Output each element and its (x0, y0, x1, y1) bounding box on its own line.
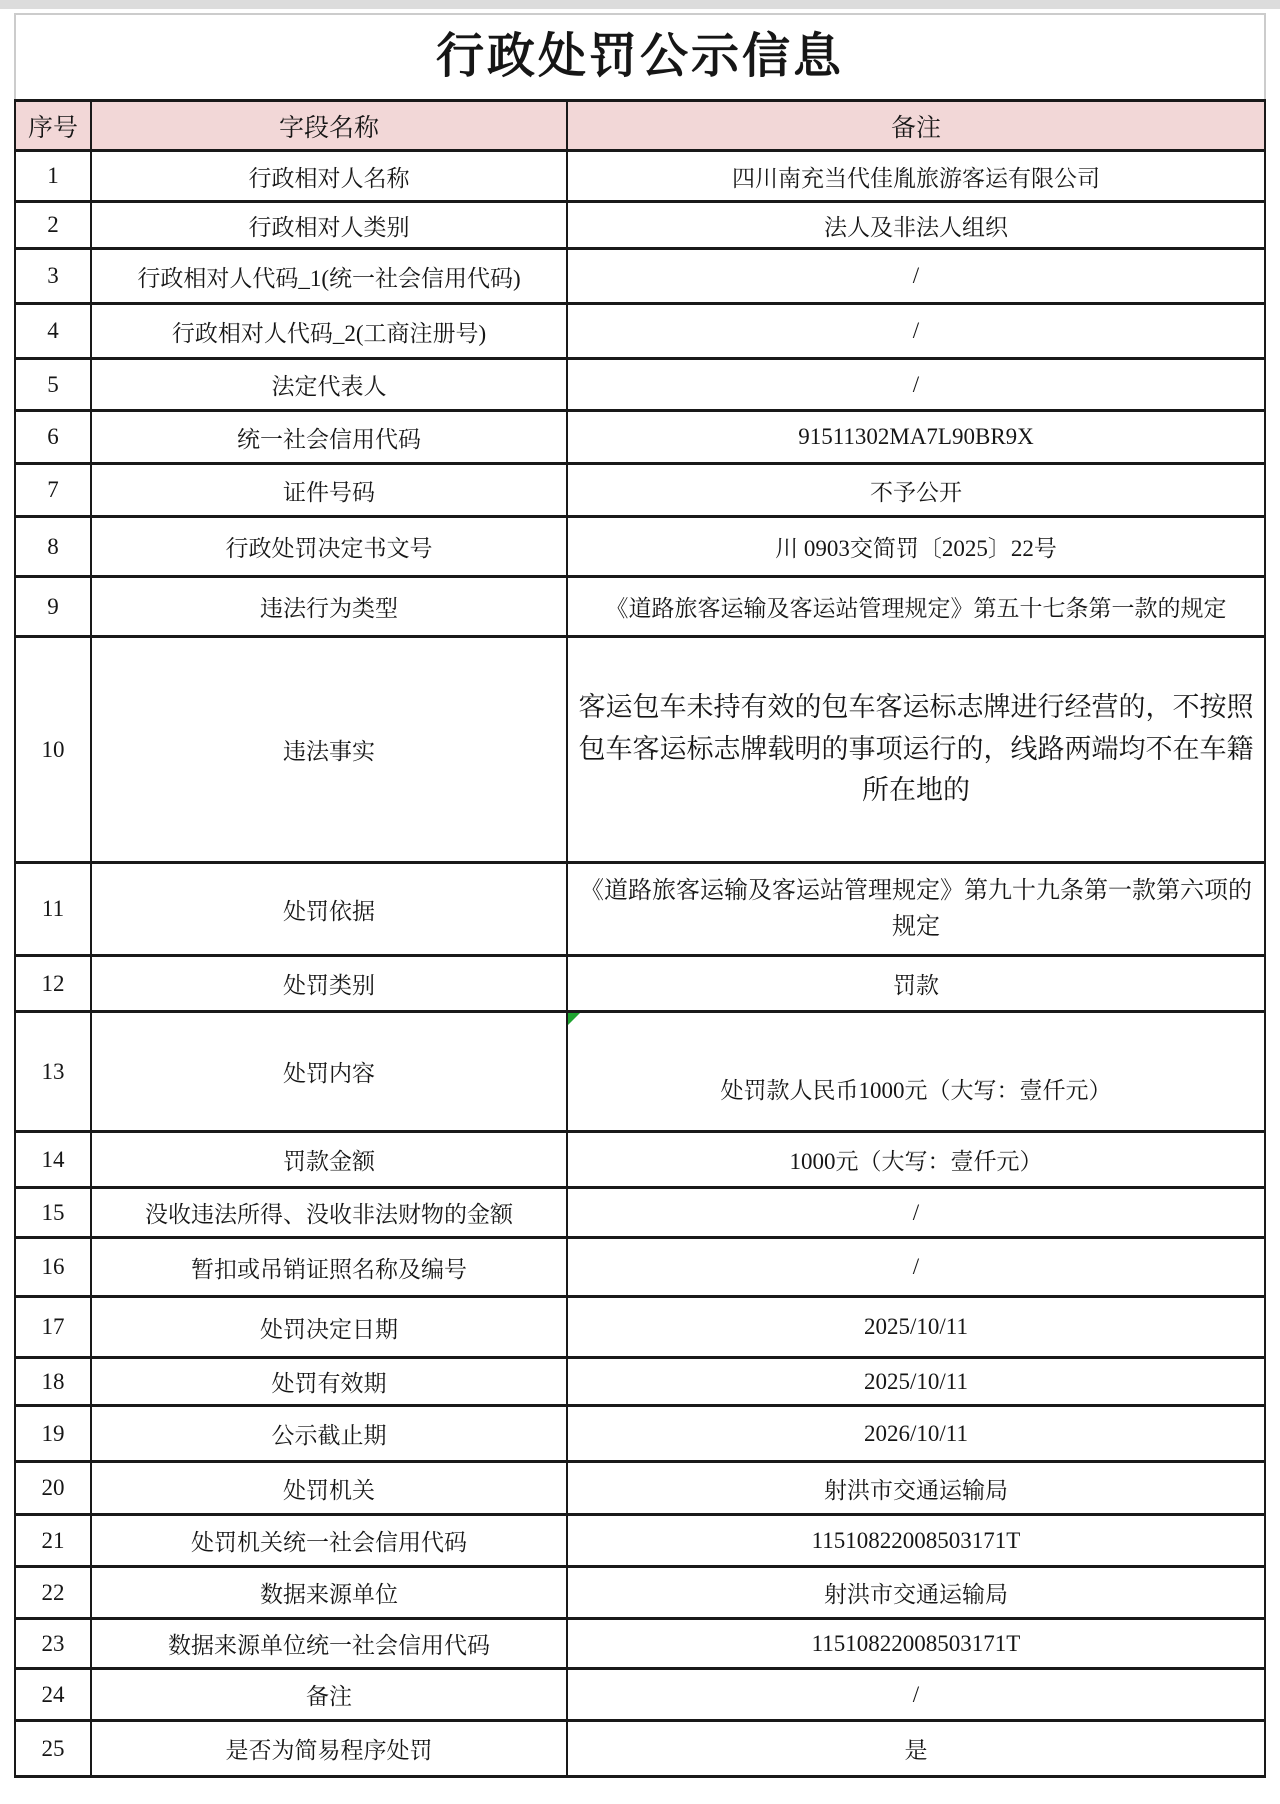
table-row: 13处罚内容处罚款人民币1000元（大写：壹仟元） (15, 1012, 1265, 1132)
row-number-cell: 15 (15, 1188, 91, 1238)
remark-cell: 是 (567, 1721, 1265, 1777)
remark-cell: 法人及非法人组织 (567, 202, 1265, 249)
field-name-cell: 行政相对人代码_1(统一社会信用代码) (91, 249, 567, 304)
table-header: 序号 字段名称 备注 (15, 101, 1265, 151)
table-row: 19公示截止期2026/10/11 (15, 1406, 1265, 1462)
row-number-cell: 6 (15, 411, 91, 464)
remark-cell: / (567, 1188, 1265, 1238)
field-name-cell: 处罚机关统一社会信用代码 (91, 1515, 567, 1567)
row-number-cell: 17 (15, 1297, 91, 1358)
table-row: 6统一社会信用代码91511302MA7L90BR9X (15, 411, 1265, 464)
remark-text: 不予公开 (870, 480, 962, 505)
table-row: 21处罚机关统一社会信用代码11510822008503171T (15, 1515, 1265, 1567)
page-title: 行政处罚公示信息 (436, 33, 844, 81)
field-name-cell: 处罚决定日期 (91, 1297, 567, 1358)
table-row: 4行政相对人代码_2(工商注册号)/ (15, 304, 1265, 359)
remark-cell: 2025/10/11 (567, 1297, 1265, 1358)
page-top-strip (0, 0, 1280, 9)
table-row: 14罚款金额1000元（大写：壹仟元） (15, 1132, 1265, 1188)
remark-text: 射洪市交通运输局 (824, 1478, 1008, 1503)
remark-cell: 2026/10/11 (567, 1406, 1265, 1462)
row-number-cell: 9 (15, 577, 91, 637)
remark-text: 2025/10/11 (864, 1369, 968, 1394)
remark-cell: 川 0903交简罚〔2025〕22号 (567, 517, 1265, 577)
remark-cell: 2025/10/11 (567, 1358, 1265, 1406)
remark-cell: 《道路旅客运输及客运站管理规定》第五十七条第一款的规定 (567, 577, 1265, 637)
row-number-cell: 20 (15, 1462, 91, 1515)
row-number-cell: 22 (15, 1567, 91, 1619)
remark-text: 91511302MA7L90BR9X (798, 424, 1034, 449)
remark-cell: 《道路旅客运输及客运站管理规定》第九十九条第一款第六项的规定 (567, 863, 1265, 956)
field-name-cell: 违法事实 (91, 637, 567, 863)
table-row: 16暂扣或吊销证照名称及编号/ (15, 1238, 1265, 1297)
table-row: 10违法事实客运包车未持有效的包车客运标志牌进行经营的，不按照包车客运标志牌载明… (15, 637, 1265, 863)
green-triangle-marker-icon (568, 1013, 580, 1025)
table-row: 22数据来源单位射洪市交通运输局 (15, 1567, 1265, 1619)
table-body: 1行政相对人名称四川南充当代佳胤旅游客运有限公司2行政相对人类别法人及非法人组织… (15, 151, 1265, 1777)
remark-text: 《道路旅客运输及客运站管理规定》第九十九条第一款第六项的规定 (580, 878, 1252, 940)
remark-cell: / (567, 359, 1265, 411)
row-number-cell: 3 (15, 249, 91, 304)
remark-text: 《道路旅客运输及客运站管理规定》第五十七条第一款的规定 (606, 596, 1227, 621)
remark-cell: 不予公开 (567, 464, 1265, 517)
field-name-cell: 行政相对人名称 (91, 151, 567, 202)
remark-text: 法人及非法人组织 (824, 215, 1008, 240)
field-name-cell: 暂扣或吊销证照名称及编号 (91, 1238, 567, 1297)
row-number-cell: 5 (15, 359, 91, 411)
table-row: 1行政相对人名称四川南充当代佳胤旅游客运有限公司 (15, 151, 1265, 202)
remark-cell: 11510822008503171T (567, 1619, 1265, 1669)
remark-text: / (913, 372, 919, 397)
remark-cell: 处罚款人民币1000元（大写：壹仟元） (567, 1012, 1265, 1132)
remark-text: 川 0903交简罚〔2025〕22号 (775, 536, 1057, 561)
row-number-cell: 18 (15, 1358, 91, 1406)
row-number-cell: 24 (15, 1669, 91, 1721)
remark-cell: / (567, 1669, 1265, 1721)
table-row: 11处罚依据《道路旅客运输及客运站管理规定》第九十九条第一款第六项的规定 (15, 863, 1265, 956)
field-name-cell: 没收违法所得、没收非法财物的金额 (91, 1188, 567, 1238)
field-name-cell: 处罚类别 (91, 956, 567, 1012)
row-number-cell: 8 (15, 517, 91, 577)
table-row: 25是否为简易程序处罚是 (15, 1721, 1265, 1777)
remark-cell: 四川南充当代佳胤旅游客运有限公司 (567, 151, 1265, 202)
title-box: 行政处罚公示信息 (14, 13, 1266, 99)
remark-text: 是 (905, 1738, 928, 1763)
row-number-cell: 13 (15, 1012, 91, 1132)
table-row: 24备注/ (15, 1669, 1265, 1721)
field-name-cell: 证件号码 (91, 464, 567, 517)
table-row: 9违法行为类型《道路旅客运输及客运站管理规定》第五十七条第一款的规定 (15, 577, 1265, 637)
remark-text: 四川南充当代佳胤旅游客运有限公司 (732, 166, 1100, 191)
table-row: 2行政相对人类别法人及非法人组织 (15, 202, 1265, 249)
row-number-cell: 7 (15, 464, 91, 517)
remark-cell: 客运包车未持有效的包车客运标志牌进行经营的，不按照包车客运标志牌载明的事项运行的… (567, 637, 1265, 863)
field-name-cell: 处罚内容 (91, 1012, 567, 1132)
field-name-cell: 数据来源单位 (91, 1567, 567, 1619)
field-name-cell: 行政相对人类别 (91, 202, 567, 249)
remark-text: 2025/10/11 (864, 1314, 968, 1339)
field-name-cell: 罚款金额 (91, 1132, 567, 1188)
row-number-cell: 10 (15, 637, 91, 863)
row-number-cell: 12 (15, 956, 91, 1012)
table-row: 12处罚类别罚款 (15, 956, 1265, 1012)
field-name-cell: 处罚依据 (91, 863, 567, 956)
table-row: 5法定代表人/ (15, 359, 1265, 411)
remark-cell: / (567, 304, 1265, 359)
field-name-cell: 法定代表人 (91, 359, 567, 411)
remark-text: 客运包车未持有效的包车客运标志牌进行经营的，不按照包车客运标志牌载明的事项运行的… (579, 692, 1254, 806)
remark-text: 罚款 (893, 973, 939, 998)
field-name-cell: 备注 (91, 1669, 567, 1721)
remark-cell: 91511302MA7L90BR9X (567, 411, 1265, 464)
row-number-cell: 2 (15, 202, 91, 249)
row-number-cell: 21 (15, 1515, 91, 1567)
remark-text: 11510822008503171T (812, 1631, 1021, 1656)
remark-cell: 1000元（大写：壹仟元） (567, 1132, 1265, 1188)
remark-text: / (913, 263, 919, 288)
remark-cell: 罚款 (567, 956, 1265, 1012)
remark-cell: 射洪市交通运输局 (567, 1462, 1265, 1515)
remark-text: 11510822008503171T (812, 1528, 1021, 1553)
remark-text: / (913, 318, 919, 343)
field-name-cell: 公示截止期 (91, 1406, 567, 1462)
table-row: 8行政处罚决定书文号川 0903交简罚〔2025〕22号 (15, 517, 1265, 577)
table-row: 20处罚机关射洪市交通运输局 (15, 1462, 1265, 1515)
remark-cell: / (567, 249, 1265, 304)
row-number-cell: 25 (15, 1721, 91, 1777)
row-number-cell: 16 (15, 1238, 91, 1297)
remark-text: / (913, 1682, 919, 1707)
field-name-cell: 处罚机关 (91, 1462, 567, 1515)
field-name-cell: 是否为简易程序处罚 (91, 1721, 567, 1777)
row-number-cell: 4 (15, 304, 91, 359)
penalty-table: 序号 字段名称 备注 1行政相对人名称四川南充当代佳胤旅游客运有限公司2行政相对… (14, 99, 1266, 1778)
table-row: 7证件号码不予公开 (15, 464, 1265, 517)
penalty-disclosure-sheet: 行政处罚公示信息 序号 字段名称 备注 1行政相对人名称四川南充当代佳胤旅游客运… (14, 13, 1266, 1778)
remark-cell: / (567, 1238, 1265, 1297)
column-header-field: 字段名称 (91, 101, 567, 151)
table-row: 3行政相对人代码_1(统一社会信用代码)/ (15, 249, 1265, 304)
row-number-cell: 1 (15, 151, 91, 202)
field-name-cell: 数据来源单位统一社会信用代码 (91, 1619, 567, 1669)
field-name-cell: 处罚有效期 (91, 1358, 567, 1406)
remark-text: / (913, 1254, 919, 1279)
table-row: 23数据来源单位统一社会信用代码11510822008503171T (15, 1619, 1265, 1669)
remark-text: / (913, 1200, 919, 1225)
field-name-cell: 统一社会信用代码 (91, 411, 567, 464)
field-name-cell: 违法行为类型 (91, 577, 567, 637)
remark-text: 射洪市交通运输局 (824, 1582, 1008, 1607)
row-number-cell: 14 (15, 1132, 91, 1188)
column-header-remark: 备注 (567, 101, 1265, 151)
row-number-cell: 11 (15, 863, 91, 956)
table-row: 18处罚有效期2025/10/11 (15, 1358, 1265, 1406)
table-row: 17处罚决定日期2025/10/11 (15, 1297, 1265, 1358)
row-number-cell: 23 (15, 1619, 91, 1669)
row-number-cell: 19 (15, 1406, 91, 1462)
field-name-cell: 行政相对人代码_2(工商注册号) (91, 304, 567, 359)
remark-cell: 射洪市交通运输局 (567, 1567, 1265, 1619)
column-header-no: 序号 (15, 101, 91, 151)
remark-text: 1000元（大写：壹仟元） (790, 1149, 1043, 1174)
field-name-cell: 行政处罚决定书文号 (91, 517, 567, 577)
table-row: 15没收违法所得、没收非法财物的金额/ (15, 1188, 1265, 1238)
remark-cell: 11510822008503171T (567, 1515, 1265, 1567)
header-row: 序号 字段名称 备注 (15, 101, 1265, 151)
remark-text: 处罚款人民币1000元（大写：壹仟元） (721, 1078, 1112, 1103)
remark-text: 2026/10/11 (864, 1421, 968, 1446)
